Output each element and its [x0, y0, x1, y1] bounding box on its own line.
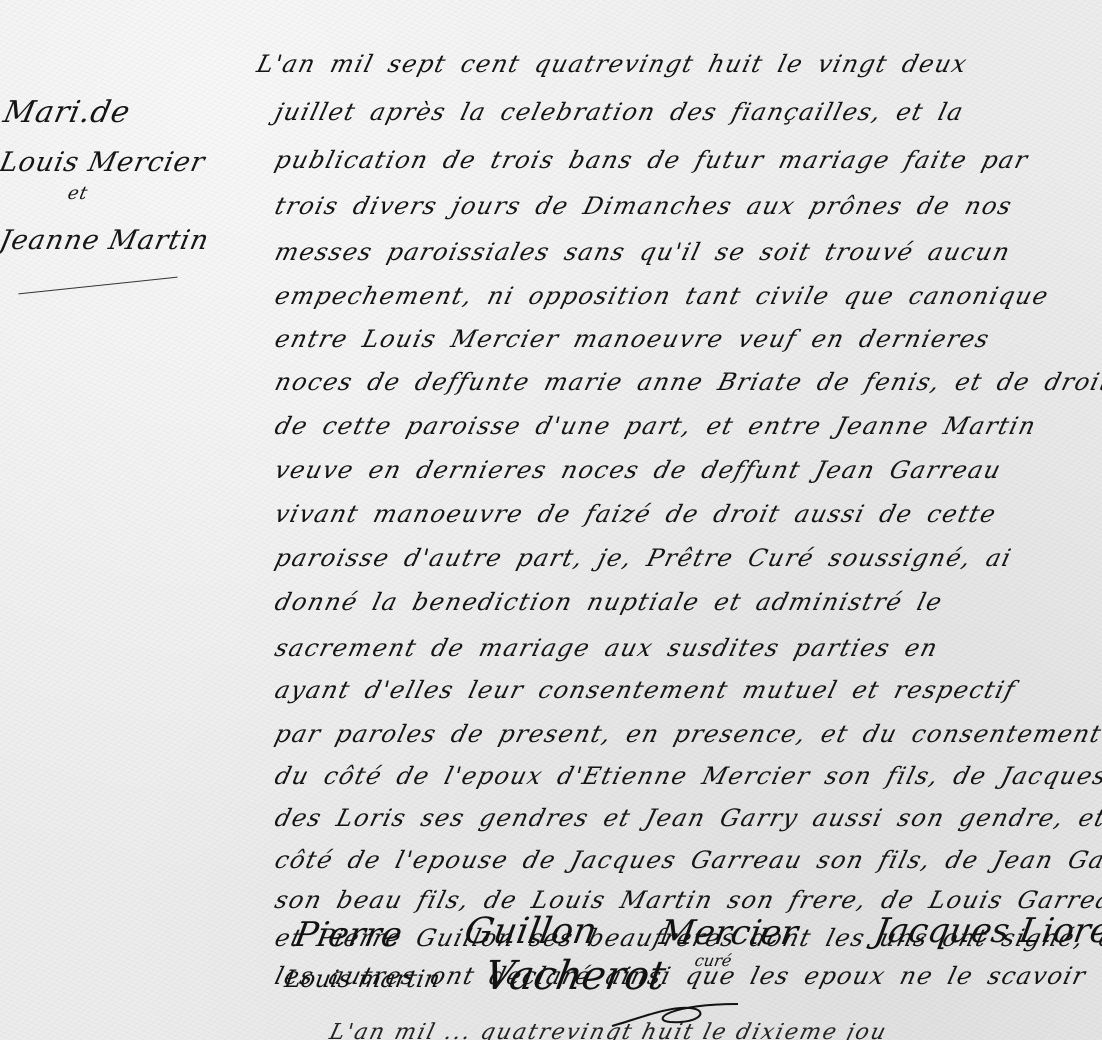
record-line: L'an mil sept cent quatrevingt huit le v… — [254, 50, 971, 78]
record-line: de cette paroisse d'une part, et entre J… — [272, 412, 1040, 440]
record-line: donné la benediction nuptiale et adminis… — [272, 588, 946, 616]
record-line: des Loris ses gendres et Jean Garry auss… — [272, 804, 1102, 832]
record-line: sacrement de mariage aux susdites partie… — [272, 634, 941, 662]
record-line: messes paroissiales sans qu'il se soit t… — [272, 238, 1014, 266]
record-line: vivant manoeuvre de faizé de droit aussi… — [272, 500, 1000, 528]
record-line: entre Louis Mercier manoeuvre veuf en de… — [272, 325, 993, 353]
record-line: du côté de l'epoux d'Etienne Mercier son… — [272, 762, 1102, 790]
signature-cure-title: curé — [693, 951, 733, 970]
margin-bride-name: Jeanne Martin — [0, 225, 212, 256]
margin-groom-name: Louis Mercier — [0, 147, 208, 178]
record-line: côté de l'epouse de Jacques Garreau son … — [272, 846, 1102, 874]
signature-pierre: Pierre — [291, 915, 405, 955]
record-line: noces de deffunte marie anne Briate de f… — [272, 368, 1102, 396]
record-line: par paroles de present, en presence, et … — [272, 720, 1102, 748]
record-line: veuve en dernieres noces de deffunt Jean… — [272, 456, 1005, 484]
signature-mercier: Mercier — [656, 913, 801, 953]
scanned-document-page: Mari.de Louis Mercier et Jeanne Martin L… — [0, 0, 1102, 1040]
signature-vacherot: Vacherot — [481, 953, 669, 999]
signature-lioré: Jacques Lioré — [871, 911, 1102, 951]
margin-underline — [18, 277, 177, 295]
margin-title: Mari.de — [0, 95, 133, 130]
signature-louis-martin: Louis martin — [283, 965, 443, 993]
signature-guillon: Guillon — [461, 911, 600, 952]
record-line: trois divers jours de Dimanches aux prôn… — [272, 192, 1016, 220]
next-entry-fragment: L'an mil ... quatrevingt huit le dixieme… — [327, 1020, 890, 1040]
margin-conjunction: et — [66, 183, 90, 204]
record-line: paroisse d'autre part, je, Prêtre Curé s… — [272, 544, 1015, 572]
record-line: publication de trois bans de futur maria… — [272, 146, 1032, 174]
record-line: juillet après la celebration des fiançai… — [272, 98, 967, 126]
record-line: empechement, ni opposition tant civile q… — [272, 282, 1052, 310]
record-line: ayant d'elles leur consentement mutuel e… — [272, 676, 1019, 704]
